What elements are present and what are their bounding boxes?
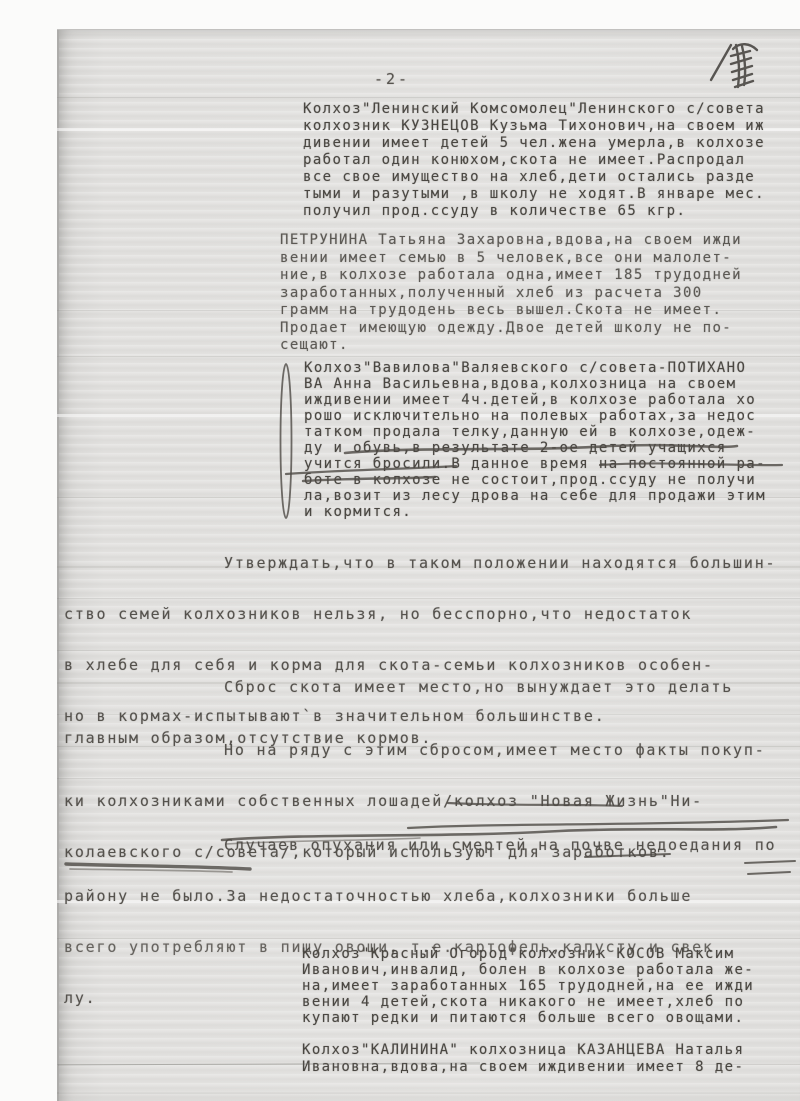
scanned-document: -2- Колхоз"Ленинский Комсомолец"Ленинско… xyxy=(0,0,800,1101)
paragraph-petrunina: ПЕТРУНИНА Татьяна Захаровна,вдова,на сво… xyxy=(280,232,780,355)
text-line: Сброс скота имеет место,но вынуждает это… xyxy=(64,671,733,703)
text-line: Утверждать,что в таком положении находят… xyxy=(64,547,776,579)
page-top-edge xyxy=(57,29,800,30)
paragraph-kazantseva: Колхоз"КАЛИНИНА" колхозница КАЗАНЦЕВА На… xyxy=(302,1042,792,1076)
paragraph-potikhanova: Колхоз"Вавилова"Валяевского с/совета-ПОТ… xyxy=(304,360,789,520)
page-number: -2- xyxy=(374,70,410,88)
text-line: району не было.За недостаточностью хлеба… xyxy=(64,880,776,912)
paragraph-kuznetsov: Колхоз"Ленинский Комсомолец"Ленинского с… xyxy=(303,101,783,220)
text-line: ство семей колхозников нельзя, но бесспо… xyxy=(64,598,776,630)
text-line: Но на ряду с этим сбросом,имеет место фа… xyxy=(64,734,766,766)
text-line: Случаев опухания или смертей на почве не… xyxy=(64,829,776,861)
paragraph-kosov: Колхоз"Красный Огород"колхозник КОСОВ Ма… xyxy=(302,946,787,1026)
